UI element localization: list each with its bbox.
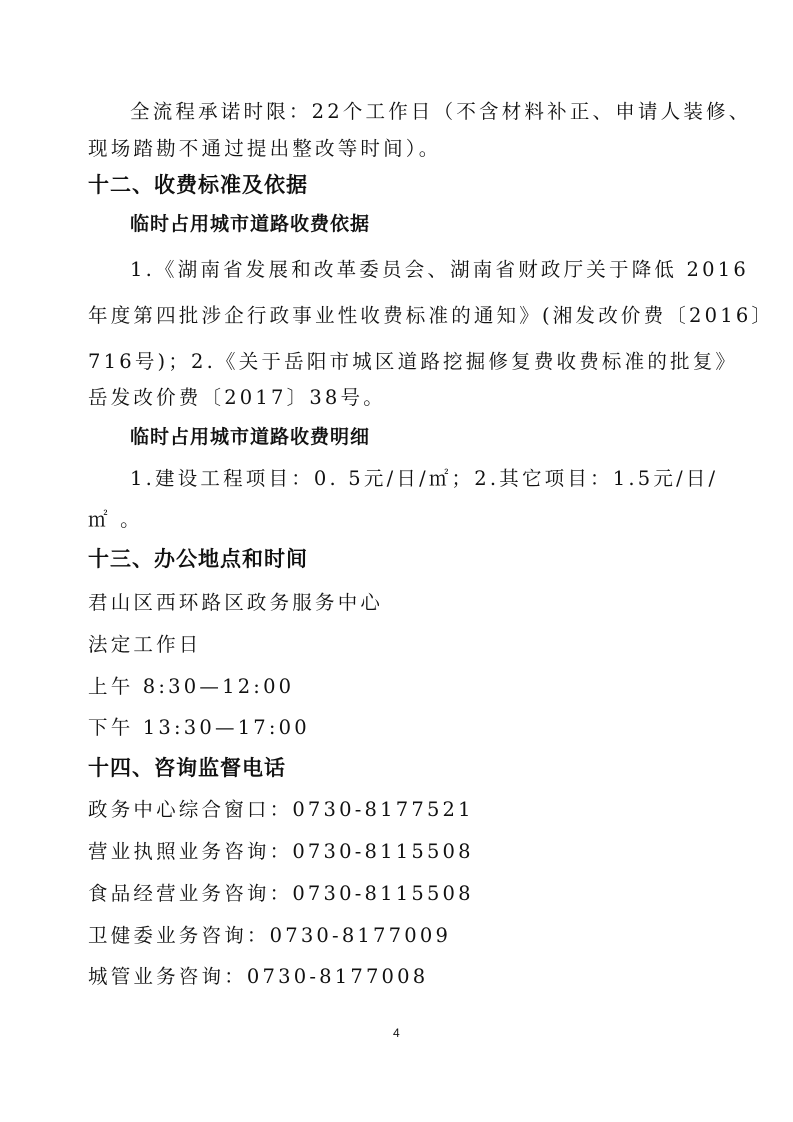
contact-row: 营业执照业务咨询：0730-8115508 [88,840,474,864]
office-hours-am: 上午 8:30—12:00 [88,675,294,699]
contact-label: 食品经营业务咨询： [88,882,292,905]
subheading-fee-basis: 临时占用城市道路收费依据 [130,212,370,236]
contact-phone: 0730-8177009 [270,924,451,947]
contact-phone: 0730-8177008 [247,965,428,988]
promise-time-line-2: 现场踏勘不通过提出整改等时间）。 [88,137,441,161]
section-heading-12: 十二、收费标准及依据 [88,173,308,197]
section-heading-14: 十四、咨询监督电话 [88,756,286,780]
contact-label: 政务中心综合窗口： [88,798,292,821]
contact-phone: 0730-8115508 [292,882,473,905]
section-heading-13: 十三、办公地点和时间 [88,547,308,571]
contact-row: 城管业务咨询：0730-8177008 [88,965,428,989]
contact-label: 城管业务咨询： [88,965,247,988]
fee-basis-line-4: 岳发改价费〔2017〕38号。 [88,386,386,410]
contact-row: 食品经营业务咨询：0730-8115508 [88,882,474,906]
office-hours-pm: 下午 13:30—17:00 [88,716,310,740]
fee-basis-line-3: 716号)；2.《关于岳阳市城区道路挖掘修复费收费标准的批复》 [88,350,708,374]
office-address: 君山区西环路区政务服务中心 [88,591,383,615]
subheading-fee-detail: 临时占用城市道路收费明细 [130,425,370,449]
contact-phone: 0730-8115508 [292,840,473,863]
contact-row: 卫健委业务咨询：0730-8177009 [88,924,451,948]
fee-detail-line-2: ㎡ 。 [88,508,143,532]
contact-phone: 0730-8177521 [292,798,473,821]
fee-basis-line-2: 年度第四批涉企行政事业性收费标准的通知》(湘发改价费〔2016〕 [88,304,708,328]
contact-label: 营业执照业务咨询： [88,840,292,863]
promise-time-line-1: 全流程承诺时限：22个工作日（不含材料补正、申请人装修、 [130,100,708,124]
office-days: 法定工作日 [88,633,202,657]
fee-basis-line-1: 1.《湖南省发展和改革委员会、湖南省财政厅关于降低 2016 [130,258,708,282]
fee-detail-line-1: 1.建设工程项目：0. 5元/日/㎡；2.其它项目：1.5元/日/ [130,467,708,491]
contact-row: 政务中心综合窗口：0730-8177521 [88,798,474,822]
contact-label: 卫健委业务咨询： [88,924,270,947]
page-number: 4 [393,1026,400,1040]
